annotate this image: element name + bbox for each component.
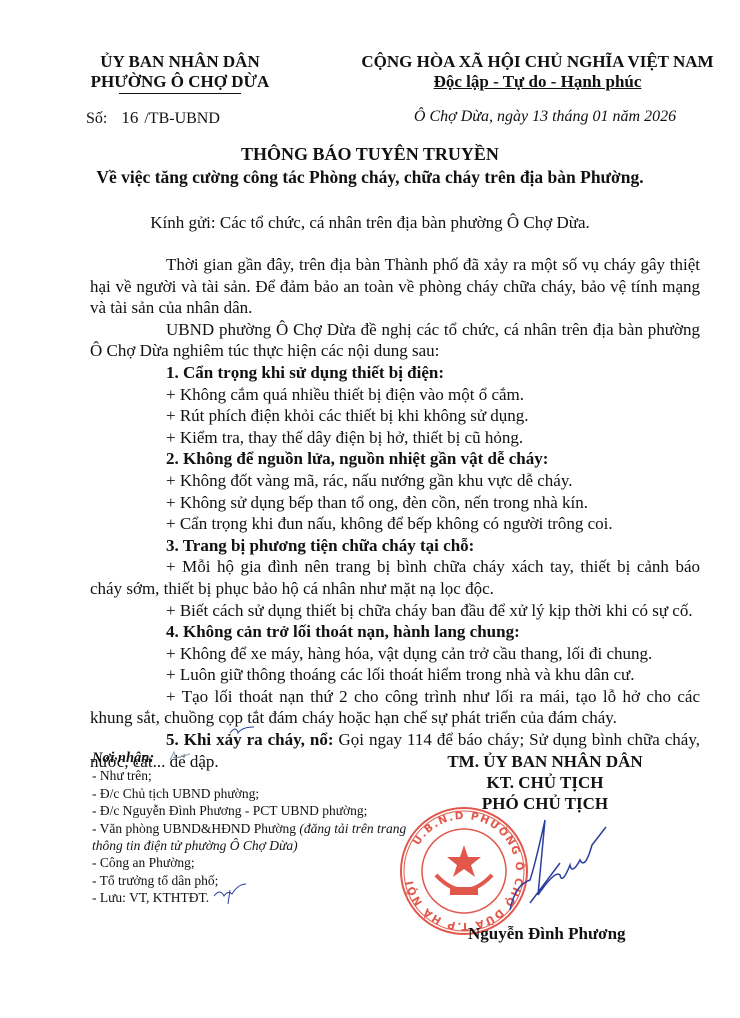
agency-line-2: PHƯỜNG Ô CHỢ DỪA <box>91 72 270 92</box>
office-name: - Văn phòng UBND&HĐND Phường <box>92 821 299 836</box>
recipient-item: - Văn phòng UBND&HĐND Phường (đăng tải t… <box>92 820 437 855</box>
national-header: CỘNG HÒA XÃ HỘI CHỦ NGHĨA VIỆT NAM Độc l… <box>345 52 730 92</box>
addressee: Kính gửi: Các tổ chức, cá nhân trên địa … <box>0 213 740 233</box>
list-item: + Tạo lối thoát nạn thứ 2 cho công trình… <box>90 686 700 729</box>
document-title: THÔNG BÁO TUYÊN TRUYỀN <box>0 144 740 165</box>
recipient-item: - Như trên; <box>92 767 437 784</box>
intro-paragraph: Thời gian gần đây, trên địa bàn Thành ph… <box>90 254 700 319</box>
list-item: + Không cắm quá nhiều thiết bị điện vào … <box>110 384 700 406</box>
list-item: + Luôn giữ thông thoáng các lối thoát hi… <box>110 664 700 686</box>
recipients-block: Nơi nhận: - Như trên; - Đ/c Chủ tịch UBN… <box>92 750 437 907</box>
document-number: Số:16/TB-UBND <box>86 108 220 128</box>
signature-line-1: TM. ỦY BAN NHÂN DÂN <box>420 751 670 772</box>
document-subtitle: Về việc tăng cường công tác Phòng cháy, … <box>0 167 740 188</box>
initial-mark-icon <box>212 882 248 904</box>
recipient-item: - Đ/c Nguyễn Đình Phương - PCT UBND phườ… <box>92 802 437 819</box>
signer-name: Nguyễn Đình Phương <box>468 924 626 944</box>
agency-line-1: ỦY BAN NHÂN DÂN <box>60 52 300 72</box>
list-item: + Cẩn trọng khi đun nấu, không để bếp kh… <box>110 513 700 535</box>
national-title: CỘNG HÒA XÃ HỘI CHỦ NGHĨA VIỆT NAM <box>345 52 730 72</box>
list-item: + Kiểm tra, thay thế dây điện bị hở, thi… <box>110 427 700 449</box>
request-paragraph: UBND phường Ô Chợ Dừa đề nghị các tổ chứ… <box>90 319 700 362</box>
list-item: + Không sử dụng bếp than tổ ong, đèn cồn… <box>110 492 700 514</box>
section-heading: 3. Trang bị phương tiện chữa cháy tại ch… <box>110 535 700 557</box>
handwritten-signature-icon <box>500 815 610 925</box>
initial-mark-icon <box>168 750 192 762</box>
list-item: + Không đốt vàng mã, rác, nấu nướng gần … <box>110 470 700 492</box>
recipient-item: - Tổ trưởng tổ dân phố; <box>92 872 437 889</box>
recipient-item: - Công an Phường; <box>92 854 437 871</box>
signature-line-2: KT. CHỦ TỊCH <box>420 772 670 793</box>
issue-date: Ô Chợ Dừa, ngày 13 tháng 01 năm 2026 <box>370 108 720 126</box>
section-heading: 4. Không cản trở lối thoát nạn, hành lan… <box>110 621 700 643</box>
number-value: 16 <box>121 108 138 127</box>
section-heading: 2. Không để nguồn lửa, nguồn nhiệt gần v… <box>110 448 700 470</box>
list-item: + Rút phích điện khỏi các thiết bị khi k… <box>110 405 700 427</box>
recipients-label: Nơi nhận: <box>92 750 437 767</box>
initial-mark-icon <box>228 723 256 737</box>
document-body: Thời gian gần đây, trên địa bàn Thành ph… <box>110 254 700 772</box>
national-motto: Độc lập - Tự do - Hạnh phúc <box>345 72 730 92</box>
list-item: + Không để xe máy, hàng hóa, vật dụng cả… <box>110 643 700 665</box>
number-suffix: /TB-UBND <box>144 110 220 127</box>
section-heading: 1. Cẩn trọng khi sử dụng thiết bị điện: <box>110 362 700 384</box>
issuing-agency: ỦY BAN NHÂN DÂN PHƯỜNG Ô CHỢ DỪA <box>60 52 300 92</box>
list-item: + Mỗi hộ gia đình nên trang bị bình chữa… <box>90 556 700 599</box>
recipient-item: - Lưu: VT, KTHTĐT. <box>92 889 437 906</box>
recipient-item: - Đ/c Chủ tịch UBND phường; <box>92 785 437 802</box>
list-item: + Biết cách sử dụng thiết bị chữa cháy b… <box>110 600 700 622</box>
number-prefix: Số: <box>86 110 107 127</box>
